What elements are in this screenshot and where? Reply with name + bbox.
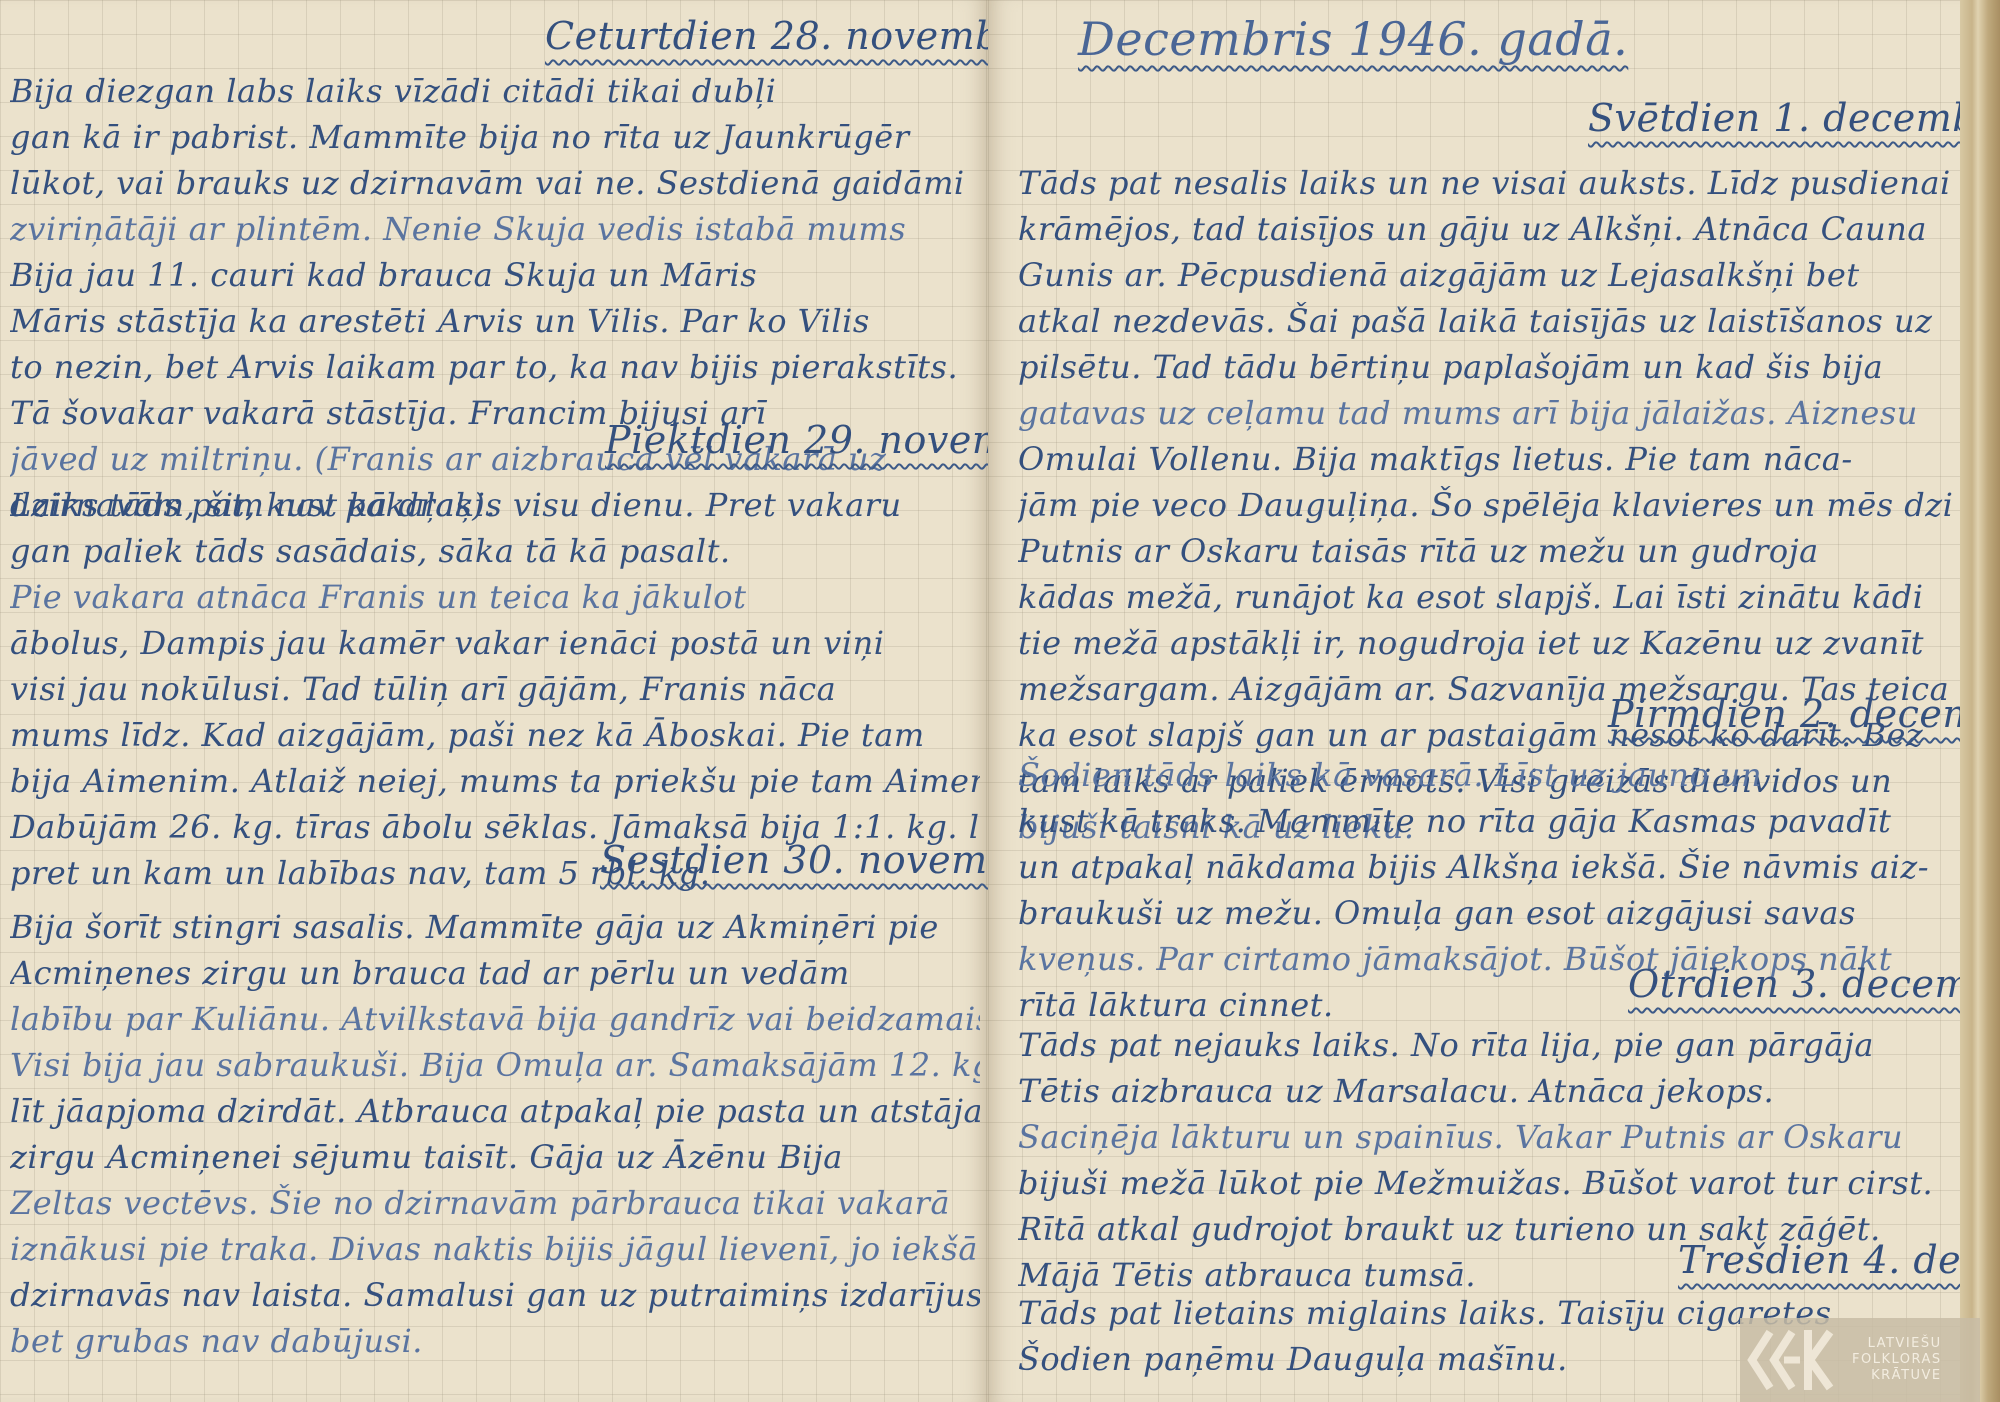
text-line: pilsētu. Tad tādu bērtiņu paplašojām un … bbox=[1018, 344, 1953, 390]
text-line: Putnis ar Oskaru taisās rītā uz mežu un … bbox=[1018, 528, 1953, 574]
watermark-text: LATVIEŠU FOLKLORAS KRĀTUVE bbox=[1852, 1336, 1942, 1384]
text-line: Pie vakara atnāca Franis un teica ka jāk… bbox=[10, 574, 980, 620]
text-line: krāmējos, tad taisījos un gāju uz Alkšņi… bbox=[1018, 206, 1953, 252]
text-line: ābolus, Dampis jau kamēr vakar ienāci po… bbox=[10, 620, 980, 666]
text-line: zviriņātāji ar plintēm. Nenie Skuja vedi… bbox=[10, 206, 980, 252]
lfk-logo-icon bbox=[1740, 1318, 1840, 1402]
text-line: Omulai Vollenu. Bija maktīgs lietus. Pie… bbox=[1018, 436, 1953, 482]
text-line: braukuši uz mežu. Omuļa gan esot aizgāju… bbox=[1018, 890, 1953, 936]
entry-heading-1-dec: Svētdien 1. decembrī. bbox=[1588, 96, 2000, 140]
text-line: visi jau nokūlusi. Tad tūliņ arī gājām, … bbox=[10, 666, 980, 712]
text-line: atkal nezdevās. Šai pašā laikā taisījās … bbox=[1018, 298, 1953, 344]
text-line: bijuši mežā lūkot pie Mežmuižas. Būšot v… bbox=[1018, 1160, 1953, 1206]
text-line: kādas mežā, runājot ka esot slapjš. Lai … bbox=[1018, 574, 1953, 620]
text-line: kust kā traks. Mammīte no rīta gāja Kasm… bbox=[1018, 798, 1953, 844]
text-line: iznākusi pie traka. Divas naktis bijis j… bbox=[10, 1226, 980, 1272]
month-title: Decembris 1946. gadā. bbox=[1078, 12, 1628, 66]
text-line: Acmiņenes zirgu un brauca tad ar pērlu u… bbox=[10, 950, 980, 996]
entry-heading-3-dec: Otrdien 3. decembrī. bbox=[1628, 962, 2000, 1006]
watermark-line-3: KRĀTUVE bbox=[1852, 1368, 1942, 1384]
archive-watermark-logo: LATVIEŠU FOLKLORAS KRĀTUVE bbox=[1740, 1318, 1980, 1402]
watermark-line-1: LATVIEŠU bbox=[1852, 1336, 1942, 1352]
text-line: Gunis ar. Pēcpusdienā aizgājām uz Lejasa… bbox=[1018, 252, 1953, 298]
entry-heading-28-nov: Ceturtdien 28. novembrī. bbox=[545, 14, 1044, 58]
text-line: Bija šorīt stingri sasalis. Mammīte gāja… bbox=[10, 904, 980, 950]
text-line: Saciņēja lākturu un spainīus. Vakar Putn… bbox=[1018, 1114, 1953, 1160]
text-line: Zeltas vectēvs. Šie no dzirnavām pārbrau… bbox=[10, 1180, 980, 1226]
text-line: līt jāapjoma dzirdāt. Atbrauca atpakaļ p… bbox=[10, 1088, 980, 1134]
watermark-line-2: FOLKLORAS bbox=[1852, 1352, 1942, 1368]
notebook-spread: Ceturtdien 28. novembrī. Bija diezgan la… bbox=[0, 0, 2000, 1402]
text-line: lūkot, vai brauks uz dzirnavām vai ne. S… bbox=[10, 160, 980, 206]
text-line: tie mežā apstākļi ir, nogudroja iet uz K… bbox=[1018, 620, 1953, 666]
left-page: Ceturtdien 28. novembrī. Bija diezgan la… bbox=[0, 0, 988, 1402]
text-line: Māris stāstīja ka arestēti Arvis un Vili… bbox=[10, 298, 980, 344]
text-line: bija Aimenim. Atlaiž neiej, mums ta prie… bbox=[10, 758, 980, 804]
text-line: Tāds pat nesalis laiks un ne visai aukst… bbox=[1018, 160, 1953, 206]
text-line: zirgu Acmiņenei sējumu taisīt. Gāja uz Ā… bbox=[10, 1134, 980, 1180]
text-line: gatavas uz ceļamu tad mums arī bija jāla… bbox=[1018, 390, 1953, 436]
entry-heading-4-dec: Trešdien 4. decembrī. bbox=[1678, 1238, 2000, 1282]
text-line: Bija diezgan labs laiks vīzādi citādi ti… bbox=[10, 68, 980, 114]
right-page: Decembris 1946. gadā. Svētdien 1. decemb… bbox=[988, 0, 1960, 1402]
text-line: jām pie veco Dauguļiņa. Šo spēlēja klavi… bbox=[1018, 482, 1953, 528]
entry-body-29-nov: Laiks tāds pat, kust kā draķis visu dien… bbox=[10, 482, 980, 896]
text-line: labību par Kuliānu. Atvilkstavā bija gan… bbox=[10, 996, 980, 1042]
text-line: Visi bija jau sabraukuši. Bija Omuļa ar.… bbox=[10, 1042, 980, 1088]
text-line: gan paliek tāds sasādais, sāka tā kā pas… bbox=[10, 528, 980, 574]
page-stack-edge bbox=[1960, 0, 2000, 1402]
text-line: Tāds pat nejauks laiks. No rīta lija, pi… bbox=[1018, 1022, 1953, 1068]
text-line: Bija jau 11. cauri kad brauca Skuja un M… bbox=[10, 252, 980, 298]
text-line: gan kā ir pabrist. Mammīte bija no rīta … bbox=[10, 114, 980, 160]
text-line: bet grubas nav dabūjusi. bbox=[10, 1318, 980, 1364]
text-line: dzirnavās nav laista. Samalusi gan uz pu… bbox=[10, 1272, 980, 1318]
entry-heading-2-dec: Pirmdien 2. decembrī. bbox=[1608, 692, 2000, 736]
text-line: Tētis aizbrauca uz Marsalacu. Atnāca jek… bbox=[1018, 1068, 1953, 1114]
text-line: Šodien tāds laiks kā vasarā. Līst uz jau… bbox=[1018, 752, 1953, 798]
text-line: to nezin, bet Arvis laikam par to, ka na… bbox=[10, 344, 980, 390]
text-line: un atpakaļ nākdama bijis Alkšņa iekšā. Š… bbox=[1018, 844, 1953, 890]
entry-body-30-nov: Bija šorīt stingri sasalis. Mammīte gāja… bbox=[10, 904, 980, 1364]
entry-body-1-dec: Tāds pat nesalis laiks un ne visai aukst… bbox=[1018, 160, 1953, 850]
text-line: Laiks tāds pat, kust kā draķis visu dien… bbox=[10, 482, 980, 528]
text-line: mums līdz. Kad aizgājām, paši nez kā Ābo… bbox=[10, 712, 980, 758]
